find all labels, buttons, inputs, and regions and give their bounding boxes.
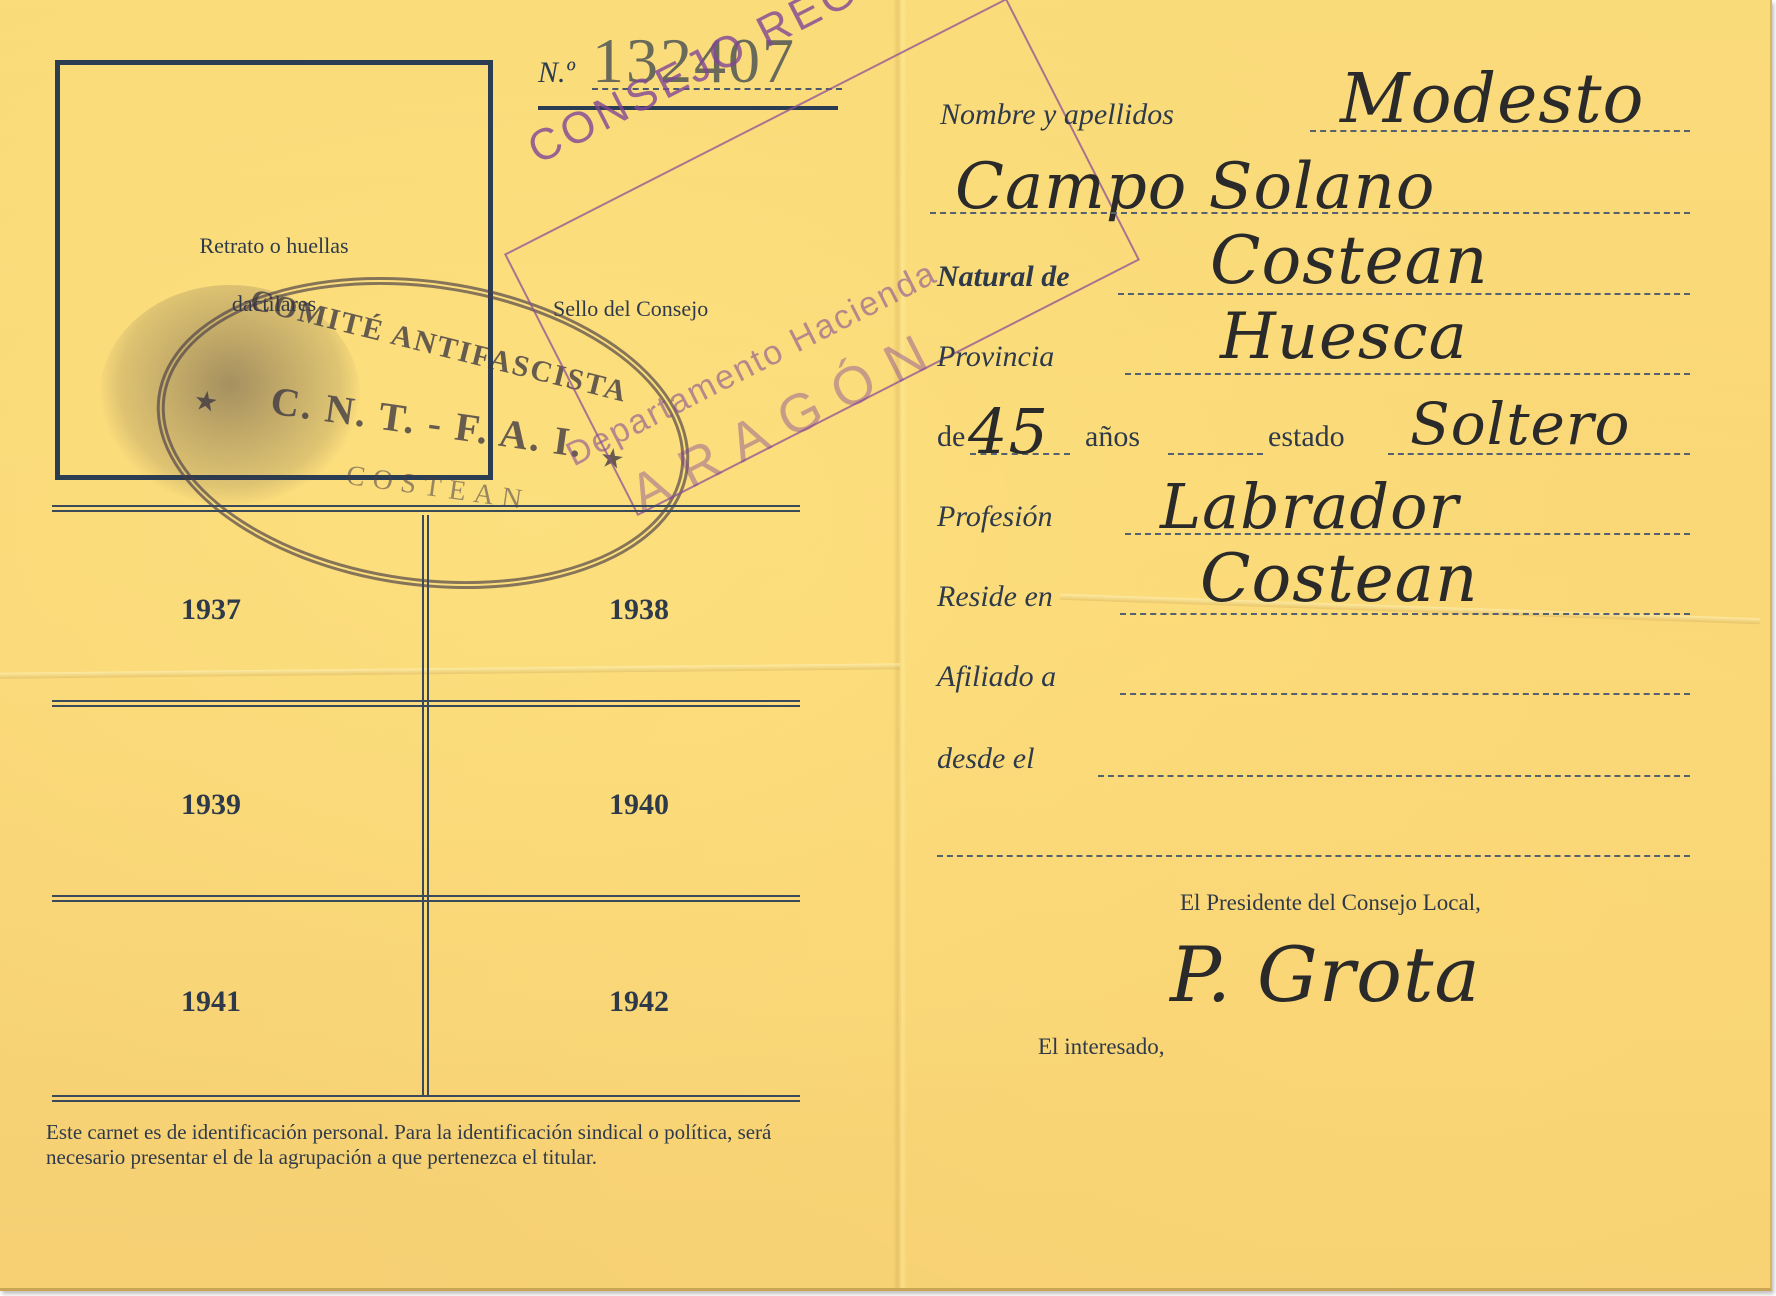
afiliado-label: Afiliado a (937, 660, 1056, 694)
year-cell-1937: 1937 (151, 593, 271, 627)
grid-rule (52, 505, 800, 512)
reside-label: Reside en (937, 580, 1053, 614)
provincia-label: Provincia (937, 340, 1054, 374)
year-cell-1938: 1938 (579, 593, 699, 627)
identification-footnote: Este carnet es de identificación persona… (46, 1120, 806, 1170)
edad-prefix: de (937, 420, 965, 454)
afiliado-line (1120, 693, 1690, 695)
photo-box-label-line1: Retrato o huellas (60, 233, 488, 259)
nombre-label: Nombre y apellidos (940, 98, 1174, 132)
dues-year-grid: 1937 1938 1939 1940 1941 1942 (52, 500, 800, 1100)
edad-trailing-line (1168, 453, 1263, 455)
holder-caption: El interesado, (1038, 1034, 1164, 1060)
natural-value: Costean (1210, 222, 1489, 299)
edad-value: 45 (968, 395, 1049, 468)
number-prefix: N.º (538, 56, 575, 90)
president-caption: El Presidente del Consejo Local, (1180, 890, 1481, 916)
provincia-value: Huesca (1220, 300, 1468, 374)
year-cell-1942: 1942 (579, 985, 699, 1019)
year-cell-1939: 1939 (151, 788, 271, 822)
oval-stamp-middle-text: C. N. T. - F. A. I. (268, 377, 587, 467)
estado-value: Soltero (1410, 390, 1630, 458)
nombre-line-2 (930, 212, 1690, 214)
grid-divider (422, 515, 429, 1095)
year-cell-1941: 1941 (151, 985, 271, 1019)
star-icon: ★ (193, 386, 220, 418)
desde-label: desde el (937, 742, 1034, 776)
profesion-value: Labrador (1160, 470, 1459, 543)
extra-line (937, 855, 1690, 857)
identity-card: Retrato o huellas dactilares N.º 132407 … (0, 0, 1772, 1291)
president-signature: P. Grota (1170, 930, 1481, 1019)
estado-label: estado (1268, 420, 1345, 454)
edad-suffix: años (1085, 420, 1140, 454)
profesion-label: Profesión (937, 500, 1053, 534)
natural-label: Natural de (937, 260, 1070, 294)
grid-rule (52, 1095, 800, 1102)
year-cell-1940: 1940 (579, 788, 699, 822)
reside-value: Costean (1200, 540, 1479, 617)
desde-line (1098, 775, 1690, 777)
nombre-value-line1: Modesto (1340, 60, 1645, 139)
